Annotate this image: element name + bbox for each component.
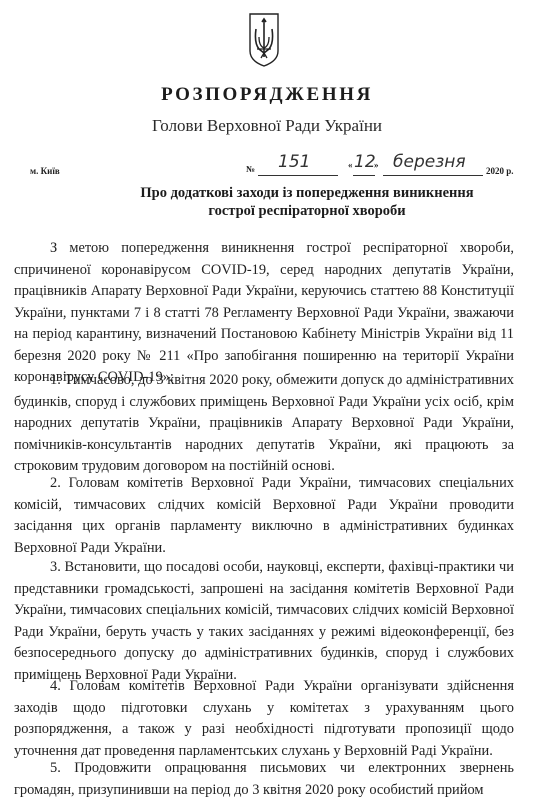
day-close-quote: » bbox=[374, 160, 379, 170]
paragraph-3: 3. Встановити, що посадові особи, науков… bbox=[14, 557, 514, 686]
day-underline bbox=[353, 175, 375, 176]
month-underline bbox=[383, 175, 483, 176]
day-value: 12 bbox=[354, 152, 376, 172]
number-label: № bbox=[246, 164, 255, 174]
preamble-paragraph: З метою попередження виникнення гострої … bbox=[14, 238, 514, 389]
paragraph-4: 4. Головам комітетів Верховної Ради Укра… bbox=[14, 676, 514, 762]
issuer-subtitle: Голови Верховної Ради України bbox=[0, 116, 534, 136]
document-heading: Про додаткові заходи із попередження вин… bbox=[120, 184, 494, 220]
day-open-quote: « bbox=[348, 160, 353, 170]
year-label: 2020 р. bbox=[486, 166, 514, 176]
number-value: 151 bbox=[278, 152, 310, 172]
coat-of-arms-icon bbox=[249, 13, 279, 67]
paragraph-5: 5. Продовжити опрацювання письмових чи е… bbox=[14, 758, 514, 801]
document-page: РОЗПОРЯДЖЕННЯ Голови Верховної Ради Укра… bbox=[0, 0, 534, 804]
document-type-title: РОЗПОРЯДЖЕННЯ bbox=[0, 84, 534, 106]
city-label: м. Київ bbox=[30, 166, 60, 176]
paragraph-2: 2. Головам комітетів Верховної Ради Укра… bbox=[14, 473, 514, 559]
registration-line: № 151 « 12 » березня 2020 р. bbox=[240, 158, 520, 180]
number-underline bbox=[258, 175, 338, 176]
paragraph-1: 1. Тимчасово, до 3 квітня 2020 року, обм… bbox=[14, 370, 514, 478]
month-value: березня bbox=[393, 152, 466, 172]
